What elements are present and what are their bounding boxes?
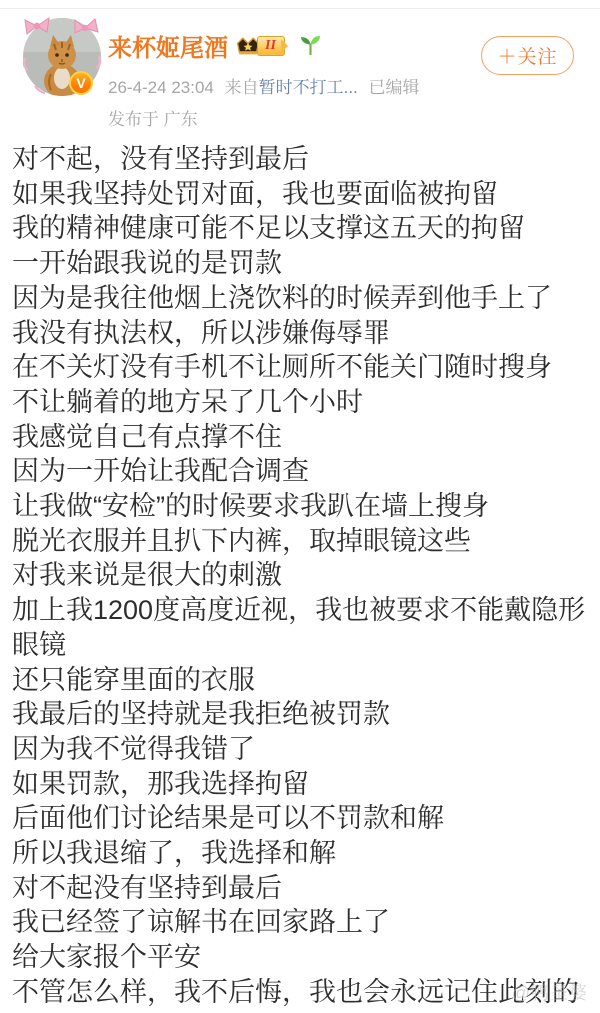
source-prefix: 来自 (225, 78, 259, 97)
avatar[interactable]: V (23, 18, 101, 96)
body-line: 不让躺着的地方呆了几个小时 (12, 385, 588, 420)
location-label: 发布于 广东 (108, 105, 420, 130)
user-info: 来杯姬尾酒 II 2 (108, 28, 420, 130)
body-line: 脱光衣服并且扒下内裤，取掉眼镜这些 (12, 524, 588, 559)
post-header: V 来杯姬尾酒 II (0, 0, 600, 128)
body-line: 我感觉自己有点撑不住 (12, 420, 588, 455)
edited-label: 已编辑 (369, 78, 420, 97)
source-link[interactable]: 暂时不打工... (259, 78, 358, 97)
body-line: 对我来说是很大的刺激 (12, 558, 588, 593)
vip-crown-badge[interactable]: II (235, 35, 285, 57)
body-line: 加上我1200度高度近视，我也被要求不能戴隐形眼镜 (12, 593, 588, 662)
body-line: 所以我退缩了，我选择和解 (12, 836, 588, 871)
timestamp: 26-4-24 23:04 (108, 78, 214, 97)
body-line: 让我做“安检”的时候要求我趴在墙上搜身 (12, 489, 588, 524)
post-body-text: 对不起，没有坚持到最后 如果我坚持处罚对面，我也要面临被拘留 我的精神健康可能不… (0, 142, 600, 1010)
body-line: 我没有执法权，所以涉嫌侮辱罪 (12, 316, 588, 351)
follow-button[interactable]: ＋关注 (481, 36, 574, 75)
post-meta: 26-4-24 23:04 来自暂时不打工... 已编辑 (108, 73, 420, 98)
body-line: 后面他们讨论结果是可以不罚款和解 (12, 801, 588, 836)
username[interactable]: 来杯姬尾酒 (108, 28, 228, 63)
body-line: 如果罚款，那我选择拘留 (12, 767, 588, 802)
body-line: 在不关灯没有手机不让厕所不能关门随时搜身 (12, 350, 588, 385)
body-line: 对不起没有坚持到最后 (12, 871, 588, 906)
body-line: 因为是我往他烟上浇饮料的时候弄到他手上了 (12, 281, 588, 316)
watermark: @鸭圣婆 (512, 979, 588, 1005)
sprout-icon (300, 35, 321, 56)
body-line: 给大家报个平安 (12, 940, 588, 975)
vip-level-label: II (257, 36, 285, 56)
body-line: 一开始跟我说的是罚款 (12, 246, 588, 281)
body-line: 我最后的坚持就是我拒绝被罚款 (12, 697, 588, 732)
body-line: 对不起，没有坚持到最后 (12, 142, 588, 177)
body-line: 因为一开始让我配合调查 (12, 454, 588, 489)
body-line: 如果我坚持处罚对面，我也要面临被拘留 (12, 177, 588, 212)
body-line: 我的精神健康可能不足以支撑这五天的拘留 (12, 211, 588, 246)
body-line: 不管怎么样，我不后悔，我也会永远记住此刻的 (12, 975, 588, 1010)
body-line: 我已经签了谅解书在回家路上了 (12, 905, 588, 940)
body-line: 还只能穿里面的衣服 (12, 663, 588, 698)
body-line: 因为我不觉得我错了 (12, 732, 588, 767)
verified-v-icon: V (69, 71, 93, 95)
weibo-post-card: V 来杯姬尾酒 II (0, 0, 600, 1013)
